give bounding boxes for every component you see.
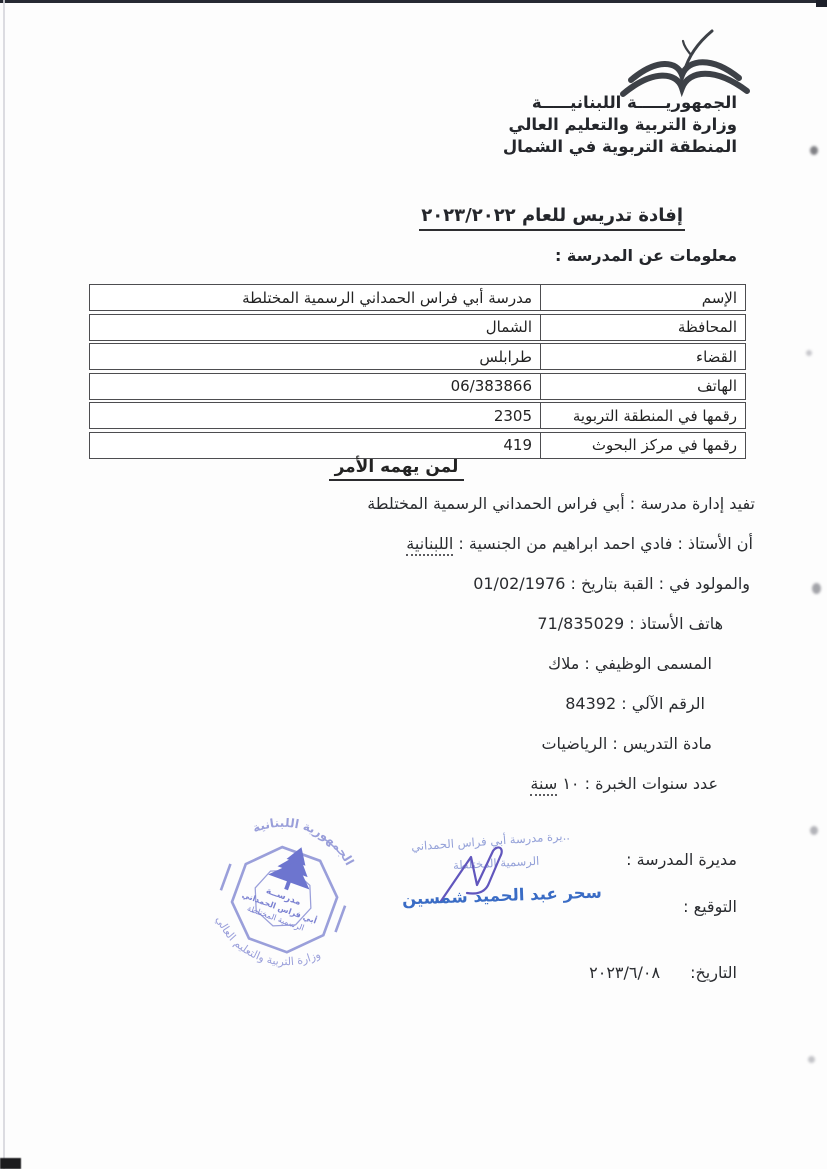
date-label: التاريخ: xyxy=(690,963,737,982)
table-row: الهاتف 06/383866 xyxy=(89,373,746,400)
scan-artifact-smudge xyxy=(808,1056,815,1063)
body-line-phone: هاتف الأستاذ : 71/835029 xyxy=(537,614,723,633)
svg-text:الجمهورية اللبنانية: الجمهورية اللبنانية xyxy=(247,818,364,871)
body-line-subject: مادة التدريس : الرياضيات xyxy=(541,734,712,753)
row-value: 06/383866 xyxy=(90,374,540,399)
official-octagon-stamp: مدرســة أبي فراس الحمداني الرسمية المختل… xyxy=(198,818,368,978)
row-label: الهاتف xyxy=(540,374,745,399)
row-label: الإسم xyxy=(540,285,745,310)
principal-label: مديرة المدرسة : xyxy=(626,850,737,869)
scan-artifact-smudge xyxy=(806,350,812,356)
header-region-line: المنطقة التربوية في الشمال xyxy=(503,136,737,158)
open-book-logo-icon xyxy=(615,28,750,98)
date-row: التاريخ: ٢٠٢٣/٦/٠٨ xyxy=(589,963,737,982)
scan-artifact-smudge xyxy=(810,146,818,155)
table-row: القضاء طرابلس xyxy=(89,343,746,370)
scan-artifact-bottom-left xyxy=(0,1158,21,1169)
table-row: رقمها في مركز البحوث 419 xyxy=(89,432,746,459)
row-value: 2305 xyxy=(90,403,540,428)
scanned-document-page: { "document": { "header": { "line1": "ال… xyxy=(0,0,827,1169)
header-republic-line: الجمهوريـــــة اللبنانيـــــة xyxy=(503,92,737,114)
document-header: الجمهوريـــــة اللبنانيـــــة وزارة التر… xyxy=(503,92,737,158)
row-value: طرابلس xyxy=(90,344,540,369)
body-line-birth: والمولود في : القبة بتاريخ : 01/02/1976 xyxy=(473,574,750,593)
row-label: رقمها في المنطقة التربوية xyxy=(540,403,745,428)
body-line-teacher-name: أن الأستاذ : فادي احمد ابراهيم من الجنسي… xyxy=(406,534,753,553)
table-row: المحافظة الشمال xyxy=(89,314,746,341)
signer-name: سحر عبد الحميد شمسين xyxy=(402,883,602,909)
header-ministry-line: وزارة التربية والتعليم العالي xyxy=(503,114,737,136)
school-info-heading: معلومات عن المدرسة : xyxy=(555,246,737,265)
row-label: رقمها في مركز البحوث xyxy=(540,433,745,458)
row-value: مدرسة أبي فراس الحمداني الرسمية المختلطة xyxy=(90,285,540,310)
body-line-job-title: المسمى الوظيفي : ملاك xyxy=(548,654,712,673)
scan-artifact-smudge xyxy=(812,583,821,594)
stamp-outer-top-text: الجمهورية اللبنانية xyxy=(247,818,364,871)
body-line-auto-number: الرقم الآلي : 84392 xyxy=(565,694,705,713)
scan-artifact-top-edge xyxy=(0,0,827,3)
school-info-table: الإسم مدرسة أبي فراس الحمداني الرسمية ال… xyxy=(89,284,746,461)
scan-artifact-smudge xyxy=(810,826,818,835)
row-label: المحافظة xyxy=(540,315,745,340)
nationality-value: اللبنانية xyxy=(406,534,453,556)
scan-artifact-left-edge xyxy=(3,0,5,1169)
salutation-wrap: لمن يهمه الأمر xyxy=(0,457,810,481)
table-row: رقمها في المنطقة التربوية 2305 xyxy=(89,402,746,429)
date-value: ٢٠٢٣/٦/٠٨ xyxy=(589,963,660,982)
document-title: إفادة تدريس للعام ٢٠٢٣/٢٠٢٢ xyxy=(419,205,685,231)
salutation-heading: لمن يهمه الأمر xyxy=(329,457,465,481)
scan-artifact-top-right xyxy=(816,0,827,7)
body-line-experience: عدد سنوات الخبرة : ١٠ سنة xyxy=(530,774,718,793)
row-value: الشمال xyxy=(90,315,540,340)
row-label: القضاء xyxy=(540,344,745,369)
years-value: سنة xyxy=(530,774,557,796)
row-value: 419 xyxy=(90,433,540,458)
table-row: الإسم مدرسة أبي فراس الحمداني الرسمية ال… xyxy=(89,284,746,311)
body-line-school: تفيد إدارة مدرسة : أبي فراس الحمداني الر… xyxy=(367,494,755,513)
signature-label: التوقيع : xyxy=(683,897,737,916)
